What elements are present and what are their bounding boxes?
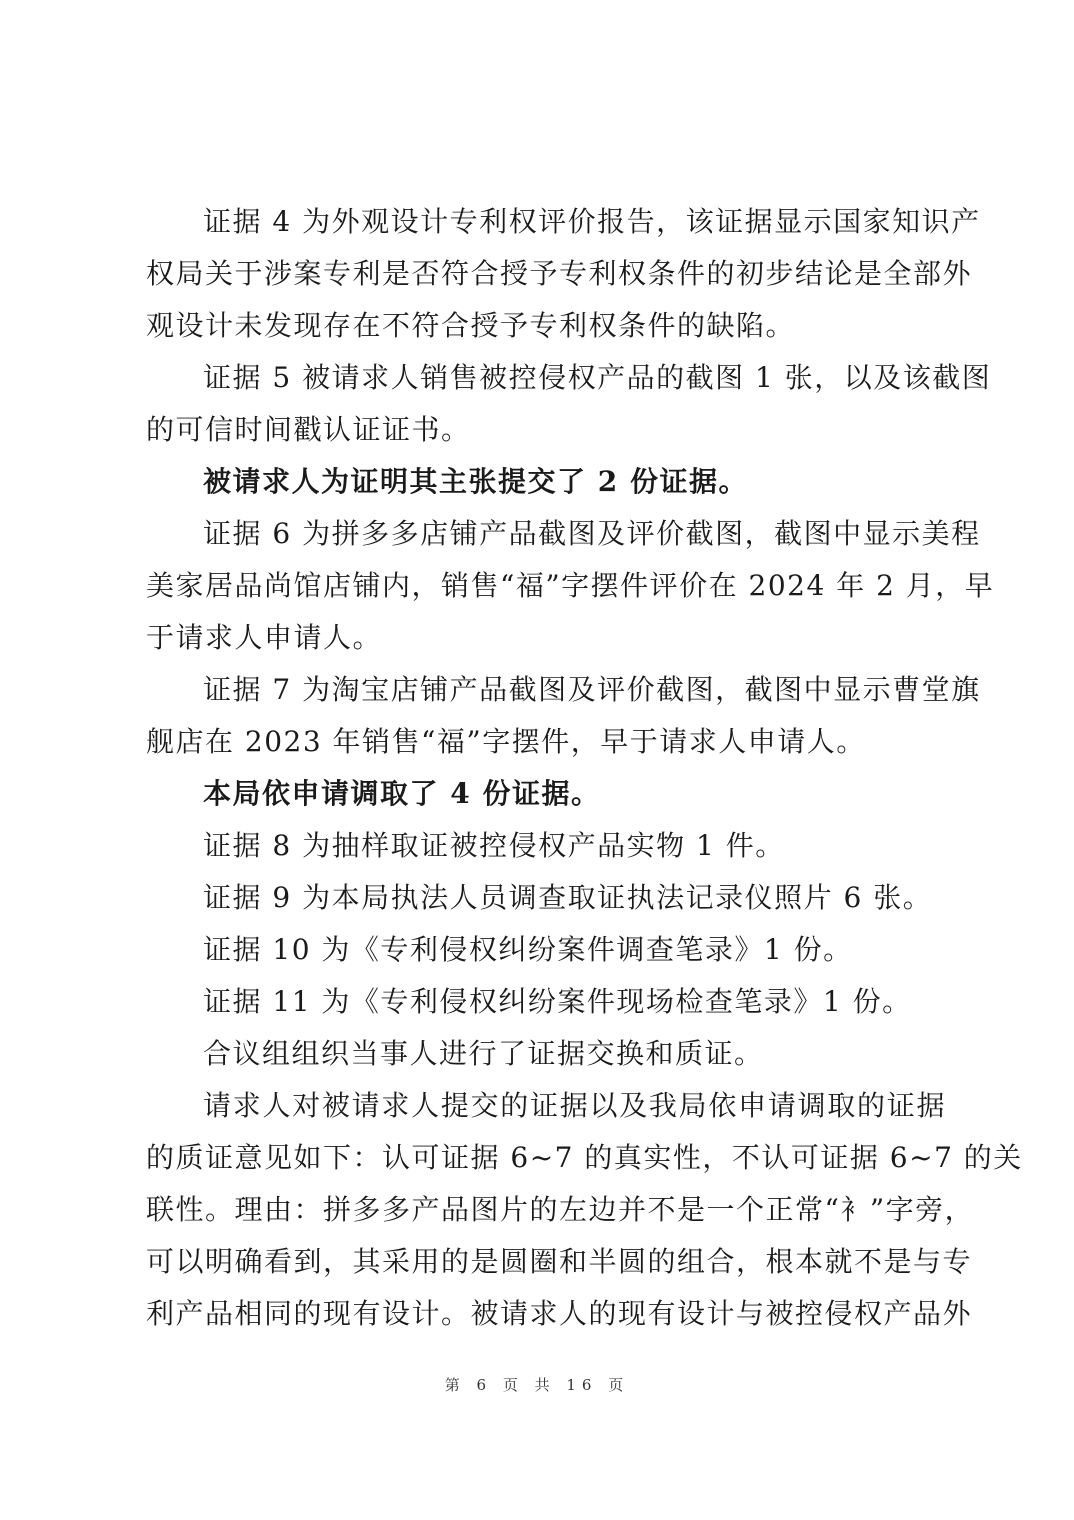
paragraph-line: 联性。理由：拼多多产品图片的左边并不是一个正常“衤”字旁， — [146, 1184, 946, 1236]
document-body: 证据 4 为外观设计专利权评价报告，该证据显示国家知识产权局关于涉案专利是否符合… — [146, 196, 946, 1340]
paragraph-line: 请求人对被请求人提交的证据以及我局依申请调取的证据 — [146, 1080, 946, 1132]
paragraph-line: 合议组组织当事人进行了证据交换和质证。 — [146, 1028, 946, 1080]
section-heading-line: 本局依申请调取了 4 份证据。 — [146, 768, 946, 820]
paragraph-line: 证据 4 为外观设计专利权评价报告，该证据显示国家知识产 — [146, 196, 946, 248]
paragraph-line: 证据 5 被请求人销售被控侵权产品的截图 1 张，以及该截图 — [146, 352, 946, 404]
paragraph-line: 美家居品尚馆店铺内，销售“福”字摆件评价在 2024 年 2 月，早 — [146, 560, 946, 612]
paragraph-line: 利产品相同的现有设计。被请求人的现有设计与被控侵权产品外 — [146, 1288, 946, 1340]
paragraph-line: 于请求人申请人。 — [146, 612, 946, 664]
paragraph-line: 的质证意见如下：认可证据 6~7 的真实性，不认可证据 6~7 的关 — [146, 1132, 946, 1184]
paragraph-line: 的可信时间戳认证证书。 — [146, 404, 946, 456]
paragraph-line: 证据 11 为《专利侵权纠纷案件现场检查笔录》1 份。 — [146, 976, 946, 1028]
paragraph-line: 证据 10 为《专利侵权纠纷案件调查笔录》1 份。 — [146, 924, 946, 976]
paragraph-line: 舰店在 2023 年销售“福”字摆件，早于请求人申请人。 — [146, 716, 946, 768]
page-footer: 第 6 页 共 16 页 — [0, 1374, 1074, 1395]
paragraph-line: 可以明确看到，其采用的是圆圈和半圆的组合，根本就不是与专 — [146, 1236, 946, 1288]
paragraph-line: 证据 6 为拼多多店铺产品截图及评价截图，截图中显示美程 — [146, 508, 946, 560]
paragraph-line: 证据 7 为淘宝店铺产品截图及评价截图，截图中显示曹堂旗 — [146, 664, 946, 716]
paragraph-line: 权局关于涉案专利是否符合授予专利权条件的初步结论是全部外 — [146, 248, 946, 300]
paragraph-line: 观设计未发现存在不符合授予专利权条件的缺陷。 — [146, 300, 946, 352]
paragraph-line: 证据 8 为抽样取证被控侵权产品实物 1 件。 — [146, 820, 946, 872]
document-page: 证据 4 为外观设计专利权评价报告，该证据显示国家知识产权局关于涉案专利是否符合… — [0, 0, 1074, 1520]
section-heading-line: 被请求人为证明其主张提交了 2 份证据。 — [146, 456, 946, 508]
paragraph-line: 证据 9 为本局执法人员调查取证执法记录仪照片 6 张。 — [146, 872, 946, 924]
